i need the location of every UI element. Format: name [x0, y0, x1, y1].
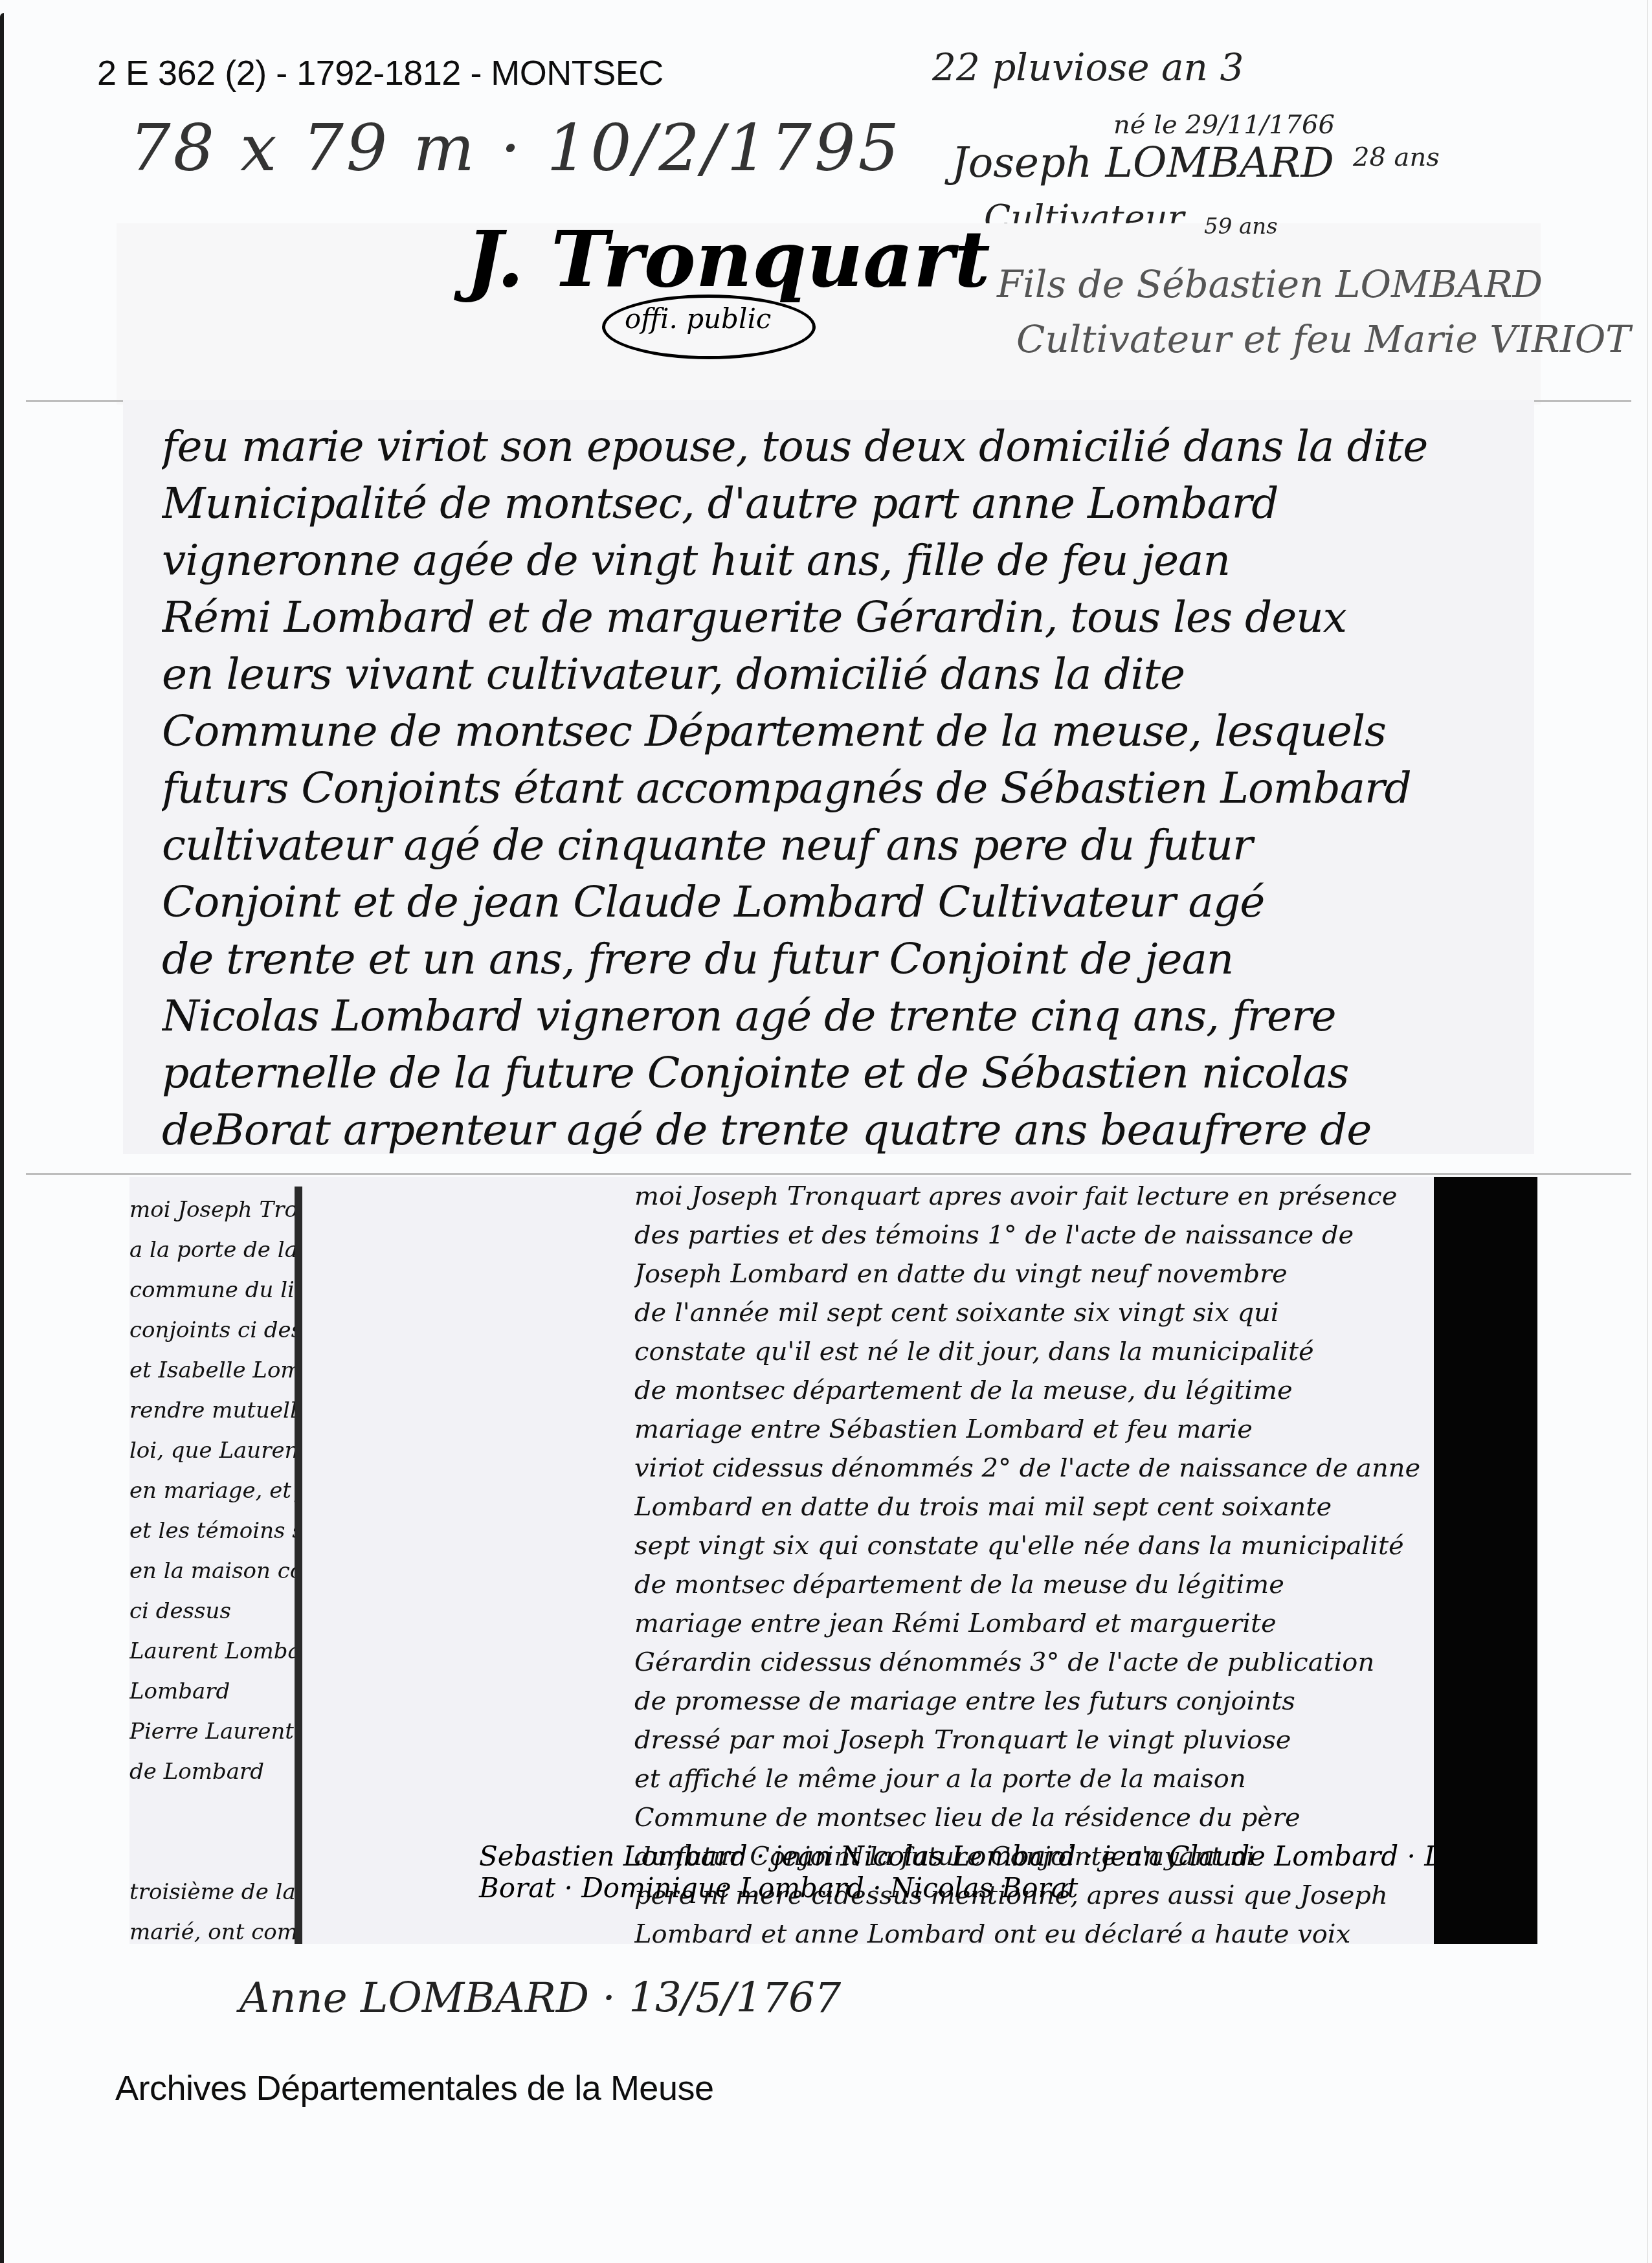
manuscript-main-lines: feu marie viriot son epouse, tous deux d… — [162, 418, 1495, 1154]
cosigner-signatures: Sebastien Lombard · jean Nicolas Lombard… — [479, 1840, 1537, 1904]
manuscript-line: en mariage, et j'ay — [129, 1471, 295, 1511]
annotation-father-age: 59 ans — [1204, 214, 1278, 240]
annotation-mother: Cultivateur et feu Marie VIRIOT — [1016, 317, 1631, 361]
annotation-republican-date: 22 pluviose an 3 — [932, 45, 1244, 89]
manuscript-line: ci dessus — [129, 1591, 295, 1631]
manuscript-line: Pierre Laurent — [129, 1711, 295, 1752]
manuscript-line: rendre mutuellement — [129, 1390, 295, 1431]
manuscript-line: Laurent Lombard — [129, 1631, 295, 1671]
scan-left-edge — [0, 13, 4, 2263]
manuscript-line: Conjoint et de jean Claude Lombard Culti… — [162, 874, 1495, 931]
manuscript-line: mariage entre Sébastien Lombard et feu m… — [634, 1410, 1437, 1449]
manuscript-line: Rémi Lombard et de marguerite Gérardin, … — [162, 589, 1495, 646]
manuscript-line: Commune de montsec Département de la meu… — [162, 703, 1495, 760]
manuscript-line: dressé par moi Joseph Tronquart le vingt… — [634, 1721, 1437, 1759]
manuscript-line: troisième de la République — [129, 1872, 295, 1912]
manuscript-line — [129, 1832, 295, 1872]
scan-right-edge — [1647, 0, 1648, 2263]
manuscript-line: feu marie viriot son epouse, tous deux d… — [162, 418, 1495, 475]
manuscript-line: Lombard et anne Lombard ont eu déclaré a… — [634, 1915, 1437, 1944]
manuscript-line: et Isabelle Lombard — [129, 1350, 295, 1390]
annotation-reference-code: 78 x 79 m · 10/2/1795 — [129, 110, 902, 186]
manuscript-line: en leurs vivant cultivateur, domicilié d… — [162, 646, 1495, 703]
manuscript-line: Lombard en datte du trois mai mil sept c… — [634, 1488, 1437, 1526]
manuscript-line — [129, 1792, 295, 1832]
manuscript-line: Lombard — [129, 1671, 295, 1711]
scan-strip-main-text: feu marie viriot son epouse, tous deux d… — [123, 400, 1534, 1154]
manuscript-line: mariage entre jean Rémi Lombard et margu… — [634, 1604, 1437, 1643]
manuscript-line: sept vingt six qui constate qu'elle née … — [634, 1526, 1437, 1565]
manuscript-line: conjoints ci dessus — [129, 1310, 295, 1350]
manuscript-line: Municipalité de montsec, d'autre part an… — [162, 475, 1495, 532]
manuscript-line: et les témoins sont — [129, 1511, 295, 1551]
annotation-groom-name: Joseph LOMBARD — [952, 139, 1334, 187]
manuscript-line: paternelle de la future Conjointe et de … — [162, 1045, 1495, 1102]
manuscript-line: et affiché le même jour a la porte de la… — [634, 1759, 1437, 1798]
manuscript-line: vigneronne agée de vingt huit ans, fille… — [162, 532, 1495, 589]
page-gutter — [295, 1187, 302, 1944]
annotation-groom-birth: né le 29/11/1766 — [1113, 110, 1335, 140]
manuscript-line: de montsec département de la meuse, du l… — [634, 1371, 1437, 1410]
manuscript-line: de promesse de mariage entre les futurs … — [634, 1682, 1437, 1721]
annotation-groom-age: 28 ans — [1353, 142, 1440, 172]
manuscript-line: constate qu'il est né le dit jour, dans … — [634, 1332, 1437, 1371]
scan-dark-margin — [1434, 1177, 1537, 1944]
manuscript-line: de trente et un ans, frere du futur Conj… — [162, 931, 1495, 988]
manuscript-line: des parties et des témoins 1° de l'acte … — [634, 1216, 1437, 1254]
manuscript-line: marié, ont comparu moi Joseph — [129, 1912, 295, 1944]
manuscript-left-column: moi Joseph Tronquarta la porte de la Mai… — [129, 1177, 295, 1944]
manuscript-line: a la porte de la Maison — [129, 1230, 295, 1270]
manuscript-line: Commune de montsec lieu de la résidence … — [634, 1798, 1437, 1837]
manuscript-line: de l'année mil sept cent soixante six vi… — [634, 1293, 1437, 1332]
archive-reference-header: 2 E 362 (2) - 1792-1812 - MONTSEC — [97, 53, 664, 93]
officer-signature: J. Tronquart — [466, 214, 990, 305]
manuscript-line: de montsec département de la meuse du lé… — [634, 1565, 1437, 1604]
manuscript-line: Nicolas Lombard vigneron agé de trente c… — [162, 988, 1495, 1045]
manuscript-line: de Lombard — [129, 1752, 295, 1792]
manuscript-line: cultivateur agé de cinquante neuf ans pe… — [162, 817, 1495, 874]
manuscript-line: deBorat arpenteur agé de trente quatre a… — [162, 1102, 1495, 1154]
manuscript-line: en la maison commune — [129, 1551, 295, 1591]
manuscript-line: moi Joseph Tronquart apres avoir fait le… — [634, 1177, 1437, 1216]
manuscript-line: commune du lieu du futur — [129, 1270, 295, 1310]
annotation-father: Fils de Sébastien LOMBARD — [997, 262, 1543, 306]
archive-footer: Archives Départementales de la Meuse — [115, 2068, 713, 2108]
manuscript-line: moi Joseph Tronquart — [129, 1190, 295, 1230]
officer-title: offi. public — [625, 303, 771, 335]
manuscript-line: futurs Conjoints étant accompagnés de Sé… — [162, 760, 1495, 817]
manuscript-line: Gérardin cidessus dénommés 3° de l'acte … — [634, 1643, 1437, 1682]
fold-line — [26, 1173, 1631, 1175]
manuscript-line: Joseph Lombard en datte du vingt neuf no… — [634, 1254, 1437, 1293]
scan-strip-two-columns: moi Joseph Tronquarta la porte de la Mai… — [129, 1177, 1537, 1944]
annotation-bride: Anne LOMBARD · 13/5/1767 — [240, 1974, 841, 2022]
manuscript-line: loi, que Laurent Lombard — [129, 1431, 295, 1471]
manuscript-line: viriot cidessus dénommés 2° de l'acte de… — [634, 1449, 1437, 1488]
